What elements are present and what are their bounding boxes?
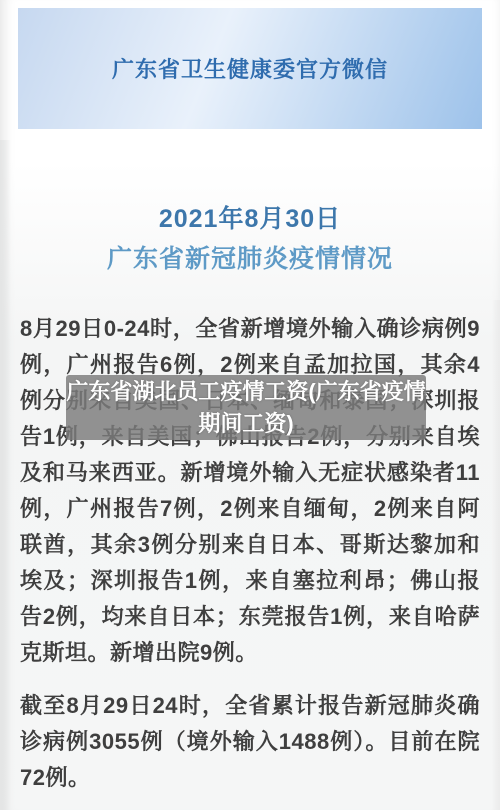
report-date: 2021年8月30日: [0, 205, 500, 233]
watermark-text: 广东省湖北员工疫情工资(广东省疫情期间工资): [66, 376, 426, 440]
article-page: 广东省卫生健康委官方微信 2021年8月30日 广东省新冠肺炎疫情情况 8月29…: [0, 0, 500, 810]
paragraph-new-imported-cases: 8月29日0-24时，全省新增境外输入确诊病例9例，广州报告6例，2例来自孟加拉…: [20, 311, 480, 671]
watermark-overlay: 广东省湖北员工疫情工资(广东省疫情期间工资): [66, 375, 426, 440]
official-account-banner: 广东省卫生健康委官方微信: [18, 8, 482, 129]
banner-title: 广东省卫生健康委官方微信: [112, 53, 388, 84]
paragraph-cumulative-cases: 截至8月29日24时，全省累计报告新冠肺炎确诊病例3055例（境外输入1488例…: [20, 688, 480, 796]
page-edge-shadow-right: [492, 300, 500, 810]
page-edge-shadow-left: [0, 140, 11, 810]
report-title: 广东省新冠肺炎疫情情况: [0, 245, 500, 273]
